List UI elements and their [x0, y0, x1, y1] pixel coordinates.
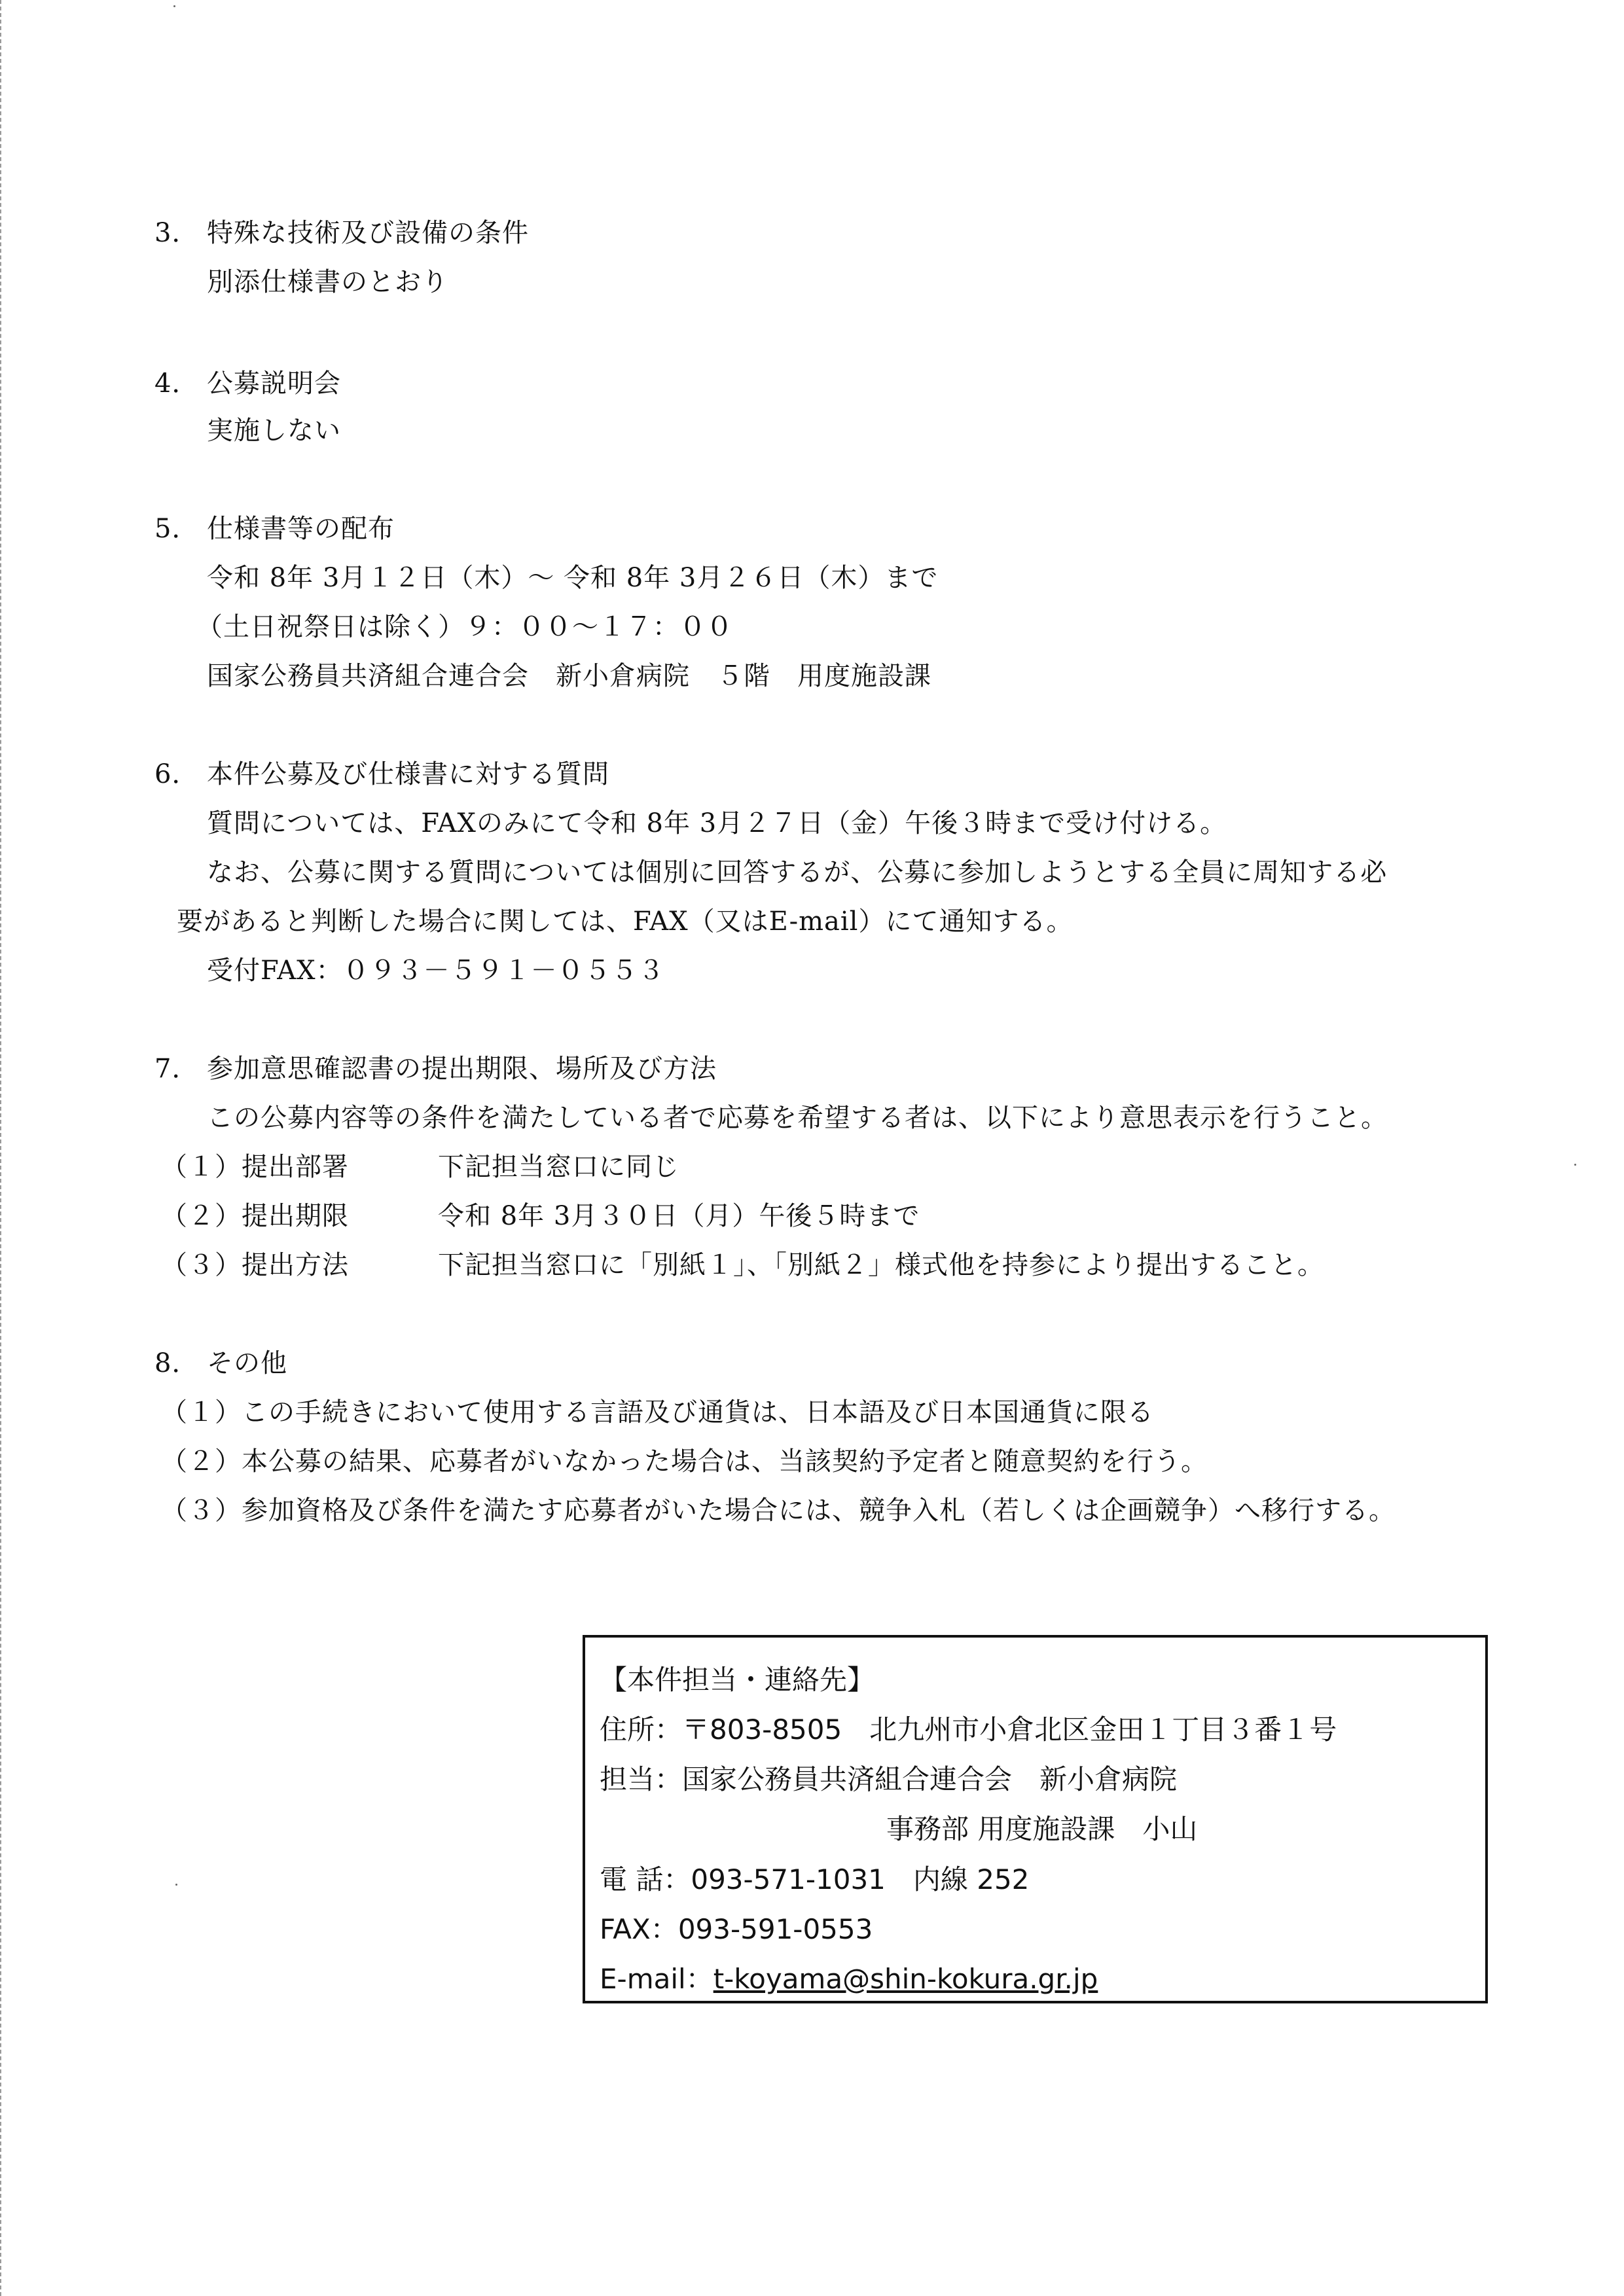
- item-value: 本公募の結果、応募者がいなかった場合は、当該契約予定者と随意契約を行う。: [242, 1446, 1208, 1477]
- section-8-heading: 8．その他: [154, 1346, 287, 1380]
- other-item: （２）本公募の結果、応募者がいなかった場合は、当該契約予定者と随意契約を行う。: [161, 1444, 1208, 1479]
- section-3-heading: 3．特殊な技術及び設備の条件: [154, 216, 529, 250]
- distribution-location: 国家公務員共済組合連合会 新小倉病院 ５階 用度施設課: [207, 659, 931, 693]
- person-label: 担当：: [600, 1763, 682, 1795]
- submission-item: （２）提出期限令和 8年 3月３０日（月）午後５時まで: [161, 1199, 920, 1233]
- item-value: 下記担当窓口に同じ: [438, 1152, 679, 1182]
- section-number: 6．: [154, 757, 207, 791]
- contact-person: 担当：国家公務員共済組合連合会 新小倉病院: [600, 1762, 1177, 1797]
- item-key: 提出期限: [242, 1199, 438, 1233]
- question-deadline: 質問については、FAXのみにて令和 8年 3月２７日（金）午後３時まで受け付ける…: [207, 806, 1227, 840]
- item-label: （１）: [161, 1397, 242, 1427]
- contact-department: 事務部 用度施設課 小山: [886, 1812, 1197, 1847]
- scan-speck: [175, 1884, 177, 1886]
- distribution-period: 令和 8年 3月１２日（木）～ 令和 8年 3月２６日（木）まで: [207, 561, 938, 595]
- phone-label: 電 話：: [600, 1863, 691, 1895]
- intent-instruction: この公募内容等の条件を満たしている者で応募を希望する者は、以下により意思表示を行…: [207, 1101, 1388, 1135]
- distribution-hours: （土日祝祭日は除く）９：００～１７：００: [196, 610, 733, 644]
- other-item: （３）参加資格及び条件を満たす応募者がいた場合には、競争入札（若しくは企画競争）…: [161, 1494, 1396, 1528]
- scan-edge-artifact: [0, 0, 4, 2296]
- phone-value: 093-571-1031 内線 252: [691, 1863, 1029, 1895]
- section-title: 参加意思確認書の提出期限、場所及び方法: [207, 1054, 717, 1084]
- item-label: （１）: [161, 1152, 242, 1182]
- item-label: （３）: [161, 1250, 242, 1280]
- item-label: （３）: [161, 1496, 242, 1526]
- address-label: 住所：: [600, 1713, 682, 1746]
- section-6-heading: 6．本件公募及び仕様書に対する質問: [154, 757, 609, 791]
- section-number: 8．: [154, 1346, 207, 1380]
- email-label: E-mail：: [600, 1963, 713, 1995]
- section-7-heading: 7．参加意思確認書の提出期限、場所及び方法: [154, 1052, 717, 1086]
- contact-phone: 電 話：093-571-1031 内線 252: [600, 1862, 1029, 1897]
- item-label: （２）: [161, 1201, 242, 1231]
- item-value: 参加資格及び条件を満たす応募者がいた場合には、競争入札（若しくは企画競争）へ移行…: [242, 1496, 1396, 1526]
- section-number: 3．: [154, 216, 207, 250]
- item-key: 提出方法: [242, 1248, 438, 1282]
- item-value: 下記担当窓口に「別紙１」、「別紙２」様式他を持参により提出すること。: [438, 1250, 1324, 1280]
- item-label: （２）: [161, 1446, 242, 1477]
- section-5-heading: 5．仕様書等の配布: [154, 512, 395, 546]
- item-key: 提出部署: [242, 1150, 438, 1184]
- question-note: なお、公募に関する質問については個別に回答するが、公募に参加しようとする全員に周…: [207, 855, 1387, 889]
- other-item: （１）この手続きにおいて使用する言語及び通貨は、日本語及び日本国通貨に限る: [161, 1395, 1154, 1429]
- section-4-body: 実施しない: [207, 414, 341, 448]
- section-title: 本件公募及び仕様書に対する質問: [207, 759, 609, 789]
- section-title: 公募説明会: [207, 368, 341, 399]
- section-3-body: 別添仕様書のとおり: [207, 265, 448, 299]
- item-value: 令和 8年 3月３０日（月）午後５時まで: [438, 1201, 920, 1231]
- submission-item: （１）提出部署下記担当窓口に同じ: [161, 1150, 679, 1184]
- section-number: 4．: [154, 367, 207, 401]
- contact-box: 【本件担当・連絡先】 住所：〒803-8505 北九州市小倉北区金田１丁目３番１…: [583, 1635, 1488, 2003]
- section-title: 特殊な技術及び設備の条件: [207, 218, 529, 248]
- section-title: その他: [207, 1348, 287, 1378]
- fax-label: FAX：: [600, 1913, 678, 1945]
- scan-speck: [1574, 1164, 1576, 1166]
- scan-speck: [173, 5, 175, 7]
- submission-item: （３）提出方法下記担当窓口に「別紙１」、「別紙２」様式他を持参により提出すること…: [161, 1248, 1324, 1282]
- item-value: この手続きにおいて使用する言語及び通貨は、日本語及び日本国通貨に限る: [242, 1397, 1154, 1427]
- email-link[interactable]: t-koyama@shin-kokura.gr.jp: [713, 1963, 1098, 1995]
- section-4-heading: 4．公募説明会: [154, 367, 341, 401]
- organization-value: 国家公務員共済組合連合会 新小倉病院: [682, 1763, 1177, 1795]
- section-title: 仕様書等の配布: [207, 514, 395, 544]
- section-number: 7．: [154, 1052, 207, 1086]
- contact-email: E-mail：t-koyama@shin-kokura.gr.jp: [600, 1962, 1098, 1997]
- contact-address: 住所：〒803-8505 北九州市小倉北区金田１丁目３番１号: [600, 1712, 1337, 1748]
- contact-heading: 【本件担当・連絡先】: [600, 1662, 875, 1698]
- fax-value: 093-591-0553: [678, 1913, 873, 1945]
- address-value: 〒803-8505 北九州市小倉北区金田１丁目３番１号: [682, 1713, 1337, 1746]
- section-number: 5．: [154, 512, 207, 546]
- contact-fax: FAX：093-591-0553: [600, 1912, 873, 1947]
- question-note-cont: 要があると判断した場合に関しては、FAX（又はE-mail）にて通知する。: [177, 905, 1073, 939]
- reception-fax: 受付FAX：０９３－５９１－０５５３: [207, 954, 665, 988]
